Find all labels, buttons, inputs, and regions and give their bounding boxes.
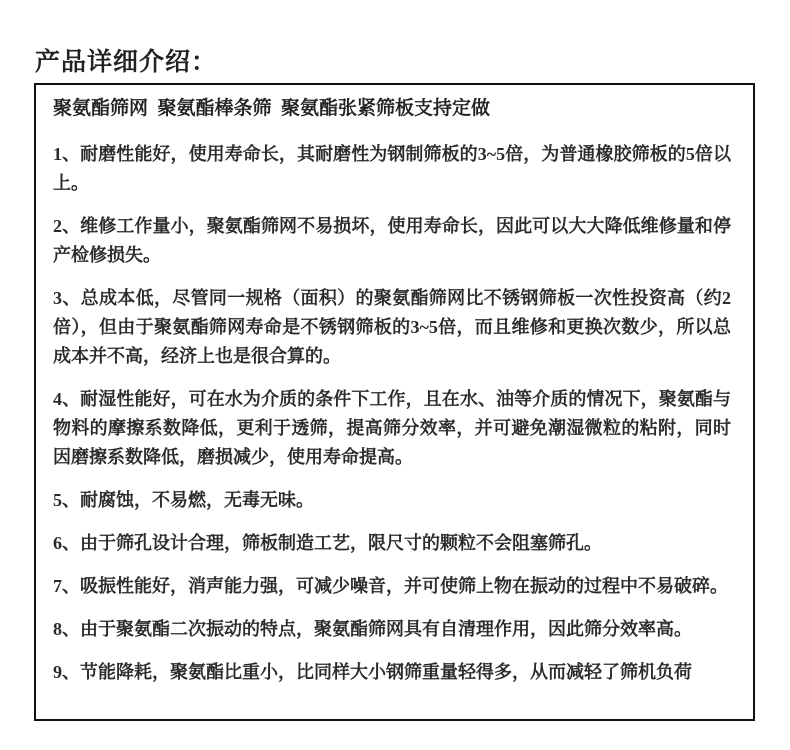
feature-item-5: 5、耐腐蚀，不易燃，无毒无味。 <box>53 486 731 515</box>
feature-item-3: 3、总成本低，尽管同一规格（面积）的聚氨酯筛网比不锈钢筛板一次性投资高（约2倍）… <box>53 284 731 371</box>
product-detail-box: 聚氨酯筛网 聚氨酯棒条筛 聚氨酯张紧筛板支持定做 1、耐磨性能好，使用寿命长，其… <box>34 83 755 721</box>
product-types-header: 聚氨酯筛网 聚氨酯棒条筛 聚氨酯张紧筛板支持定做 <box>53 94 731 123</box>
page-title: 产品详细介绍： <box>35 42 217 78</box>
feature-item-7: 7、吸振性能好，消声能力强，可减少噪音，并可使筛上物在振动的过程中不易破碎。 <box>53 572 731 601</box>
feature-item-2: 2、维修工作量小，聚氨酯筛网不易损坏，使用寿命长，因此可以大大降低维修量和停产检… <box>53 212 731 270</box>
feature-item-6: 6、由于筛孔设计合理，筛板制造工艺，限尺寸的颗粒不会阻塞筛孔。 <box>53 529 731 558</box>
product-detail-page: 产品详细介绍： 聚氨酯筛网 聚氨酯棒条筛 聚氨酯张紧筛板支持定做 1、耐磨性能好… <box>0 0 790 750</box>
feature-item-8: 8、由于聚氨酯二次振动的特点，聚氨酯筛网具有自清理作用，因此筛分效率高。 <box>53 615 731 644</box>
feature-item-9: 9、节能降耗，聚氨酯比重小，比同样大小钢筛重量轻得多，从而减轻了筛机负荷 <box>53 658 731 687</box>
feature-item-1: 1、耐磨性能好，使用寿命长，其耐磨性为钢制筛板的3~5倍，为普通橡胶筛板的5倍以… <box>53 140 731 198</box>
feature-item-4: 4、耐湿性能好，可在水为介质的条件下工作，且在水、油等介质的情况下，聚氨酯与物料… <box>53 385 731 472</box>
